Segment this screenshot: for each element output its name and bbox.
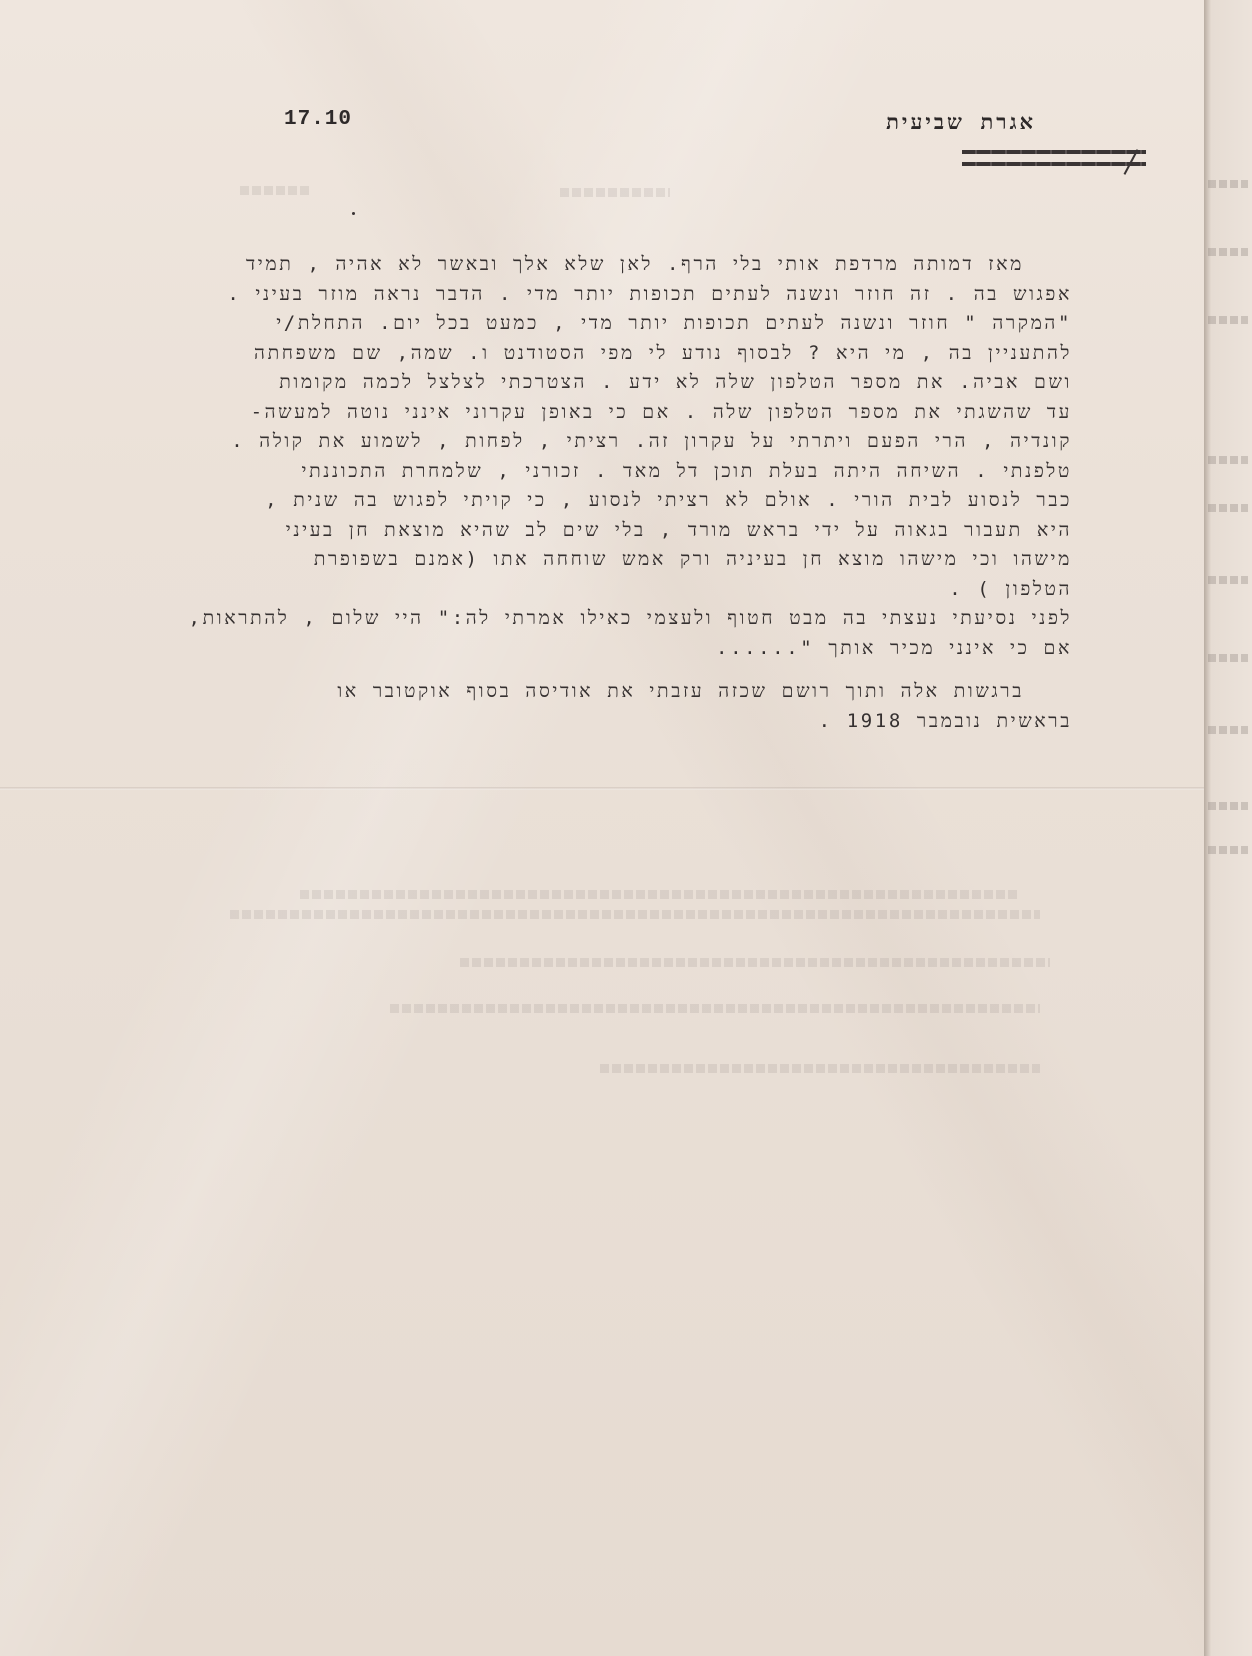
- title-underline-bottom: [962, 162, 1146, 166]
- text-line: ושם אביה. את מספר הטלפון שלה לא ידע . הצ…: [72, 368, 1072, 398]
- text-line: טלפנתי . השיחה היתה בעלת תוכן דל מאד . ז…: [72, 457, 1072, 487]
- bleed-through-mark: [240, 186, 310, 195]
- title-underline-top: [962, 150, 1146, 154]
- stray-ink-dot: [352, 212, 355, 215]
- letter-page: 17.10 אגרת שביעית מאז דמותה מרדפת אותי ב…: [0, 0, 1204, 1656]
- letter-body: מאז דמותה מרדפת אותי בלי הרף. לאן שלא אל…: [72, 250, 1072, 736]
- text-line: מאז דמותה מרדפת אותי בלי הרף. לאן שלא אל…: [72, 250, 1072, 280]
- text-line: אפגוש בה . זה חוזר ונשנה לעתים תכופות יו…: [72, 280, 1072, 310]
- bleed-through-mark: [390, 1004, 1040, 1013]
- letter-title: אגרת שביעית: [886, 110, 1036, 135]
- bleed-through-mark: [600, 1064, 1040, 1073]
- text-line: בראשית נובמבר 1918 .: [72, 707, 1072, 737]
- paragraph-1: מאז דמותה מרדפת אותי בלי הרף. לאן שלא אל…: [72, 250, 1072, 663]
- text-line: מישהו וכי מישהו מוצא חן בעיניה ורק אמש ש…: [72, 545, 1072, 575]
- text-line: לפני נסיעתי נעצתי בה מבט חטוף ולעצמי כאי…: [72, 604, 1072, 634]
- text-line: הטלפון ) .: [72, 575, 1072, 605]
- adjacent-page-text-fragment: [1208, 504, 1248, 512]
- adjacent-page-text-fragment: [1208, 726, 1248, 734]
- adjacent-page-text-fragment: [1208, 248, 1248, 256]
- adjacent-page-text-fragment: [1208, 802, 1248, 810]
- bleed-through-mark: [460, 958, 1050, 967]
- bleed-through-mark: [560, 188, 670, 197]
- adjacent-page-text-fragment: [1208, 316, 1248, 324]
- text-line: עד שהשגתי את מספר הטלפון שלה . אם כי באו…: [72, 398, 1072, 428]
- text-line: "המקרה " חוזר ונשנה לעתים תכופות יותר מד…: [72, 309, 1072, 339]
- text-line: היא תעבור בגאוה על ידי בראש מורד , בלי ש…: [72, 516, 1072, 546]
- adjacent-page-text-fragment: [1208, 456, 1248, 464]
- text-line: להתעניין בה , מי היא ? לבסוף נודע לי מפי…: [72, 339, 1072, 369]
- adjacent-page-text-fragment: [1208, 846, 1248, 854]
- text-line: אם כי אינני מכיר אותך "......: [72, 634, 1072, 664]
- bleed-through-mark: [300, 890, 1020, 899]
- text-line: קונדיה , הרי הפעם ויתרתי על עקרון זה. רצ…: [72, 427, 1072, 457]
- text-line: ברגשות אלה ותוך רושם שכזה עזבתי את אודיס…: [72, 677, 1072, 707]
- paper-fold-crease: [0, 787, 1204, 790]
- paragraph-2: ברגשות אלה ותוך רושם שכזה עזבתי את אודיס…: [72, 677, 1072, 736]
- bleed-through-mark: [230, 910, 1040, 919]
- adjacent-page-text-fragment: [1208, 654, 1248, 662]
- adjacent-page-text-fragment: [1208, 576, 1248, 584]
- adjacent-page-text-fragment: [1208, 180, 1248, 188]
- letter-date: 17.10: [284, 108, 352, 131]
- text-line: כבר לנסוע לבית הורי . אולם לא רציתי לנסו…: [72, 486, 1072, 516]
